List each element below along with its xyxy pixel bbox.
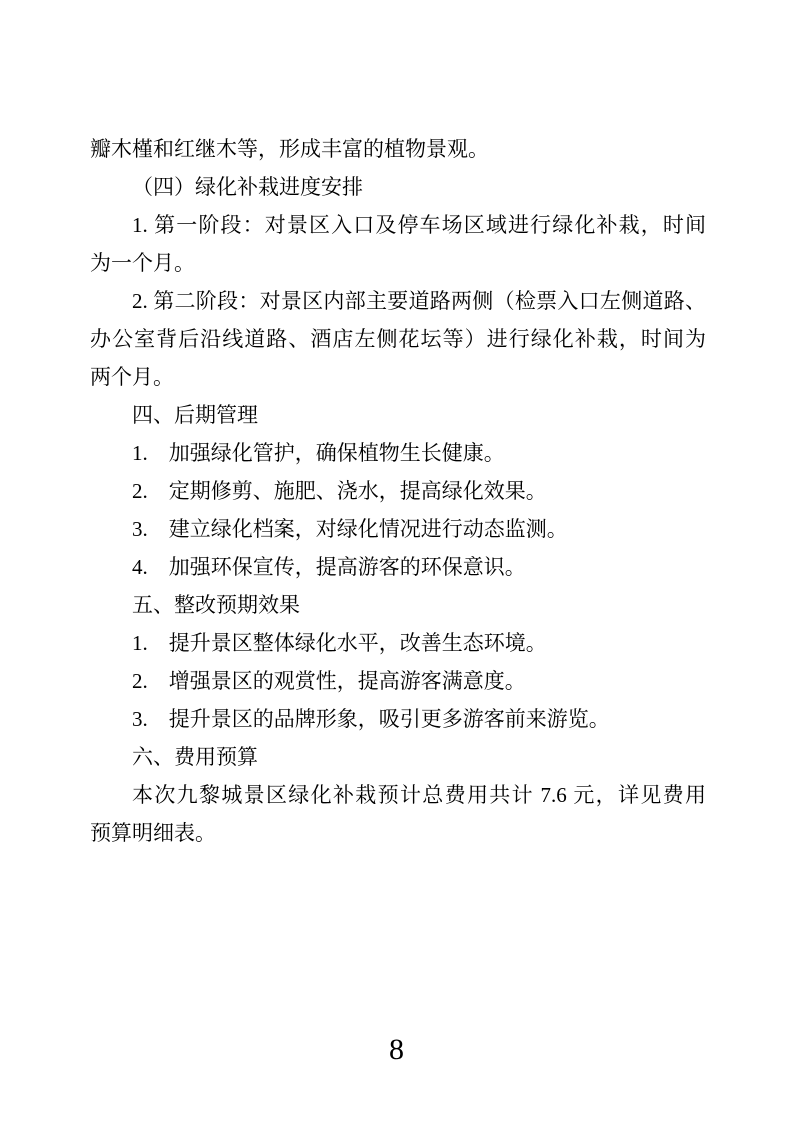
document-body: 瓣木槿和红继木等，形成丰富的植物景观。（四）绿化补栽进度安排1. 第一阶段：对景… [90, 130, 706, 852]
para-stage-2-line-2: 办公室背后沿线道路、酒店左侧花坛等）进行绿化补栽，时间为 [90, 320, 706, 358]
para-effect-item-3-line-1: 3. 提升景区的品牌形象，吸引更多游客前来游览。 [90, 700, 706, 738]
heading-section-4-subsection-4-line-1: （四）绿化补栽进度安排 [90, 168, 706, 206]
para-stage-1-line-1: 1. 第一阶段：对景区入口及停车场区域进行绿化补栽，时间 [90, 206, 706, 244]
document-page: 瓣木槿和红继木等，形成丰富的植物景观。（四）绿化补栽进度安排1. 第一阶段：对景… [0, 0, 793, 1122]
heading-section-5-line-1: 五、整改预期效果 [90, 586, 706, 624]
heading-section-4-line-1: 四、后期管理 [90, 396, 706, 434]
para-budget-line-2: 预算明细表。 [90, 814, 706, 852]
para-stage-1-line-2: 为一个月。 [90, 244, 706, 282]
page-number: 8 [0, 1034, 793, 1066]
para-stage-2-line-1: 2. 第二阶段：对景区内部主要道路两侧（检票入口左侧道路、 [90, 282, 706, 320]
para-management-item-4-line-1: 4. 加强环保宣传，提高游客的环保意识。 [90, 548, 706, 586]
para-management-item-2-line-1: 2. 定期修剪、施肥、浇水，提高绿化效果。 [90, 472, 706, 510]
para-effect-item-1-line-1: 1. 提升景区整体绿化水平，改善生态环境。 [90, 624, 706, 662]
para-management-item-3-line-1: 3. 建立绿化档案，对绿化情况进行动态监测。 [90, 510, 706, 548]
para-stage-2-line-3: 两个月。 [90, 358, 706, 396]
para-management-item-1-line-1: 1. 加强绿化管护，确保植物生长健康。 [90, 434, 706, 472]
heading-section-6-line-1: 六、费用预算 [90, 738, 706, 776]
para-continuation-line-1: 瓣木槿和红继木等，形成丰富的植物景观。 [90, 130, 706, 168]
para-budget-line-1: 本次九黎城景区绿化补栽预计总费用共计 7.6 元，详见费用 [90, 776, 706, 814]
para-effect-item-2-line-1: 2. 增强景区的观赏性，提高游客满意度。 [90, 662, 706, 700]
